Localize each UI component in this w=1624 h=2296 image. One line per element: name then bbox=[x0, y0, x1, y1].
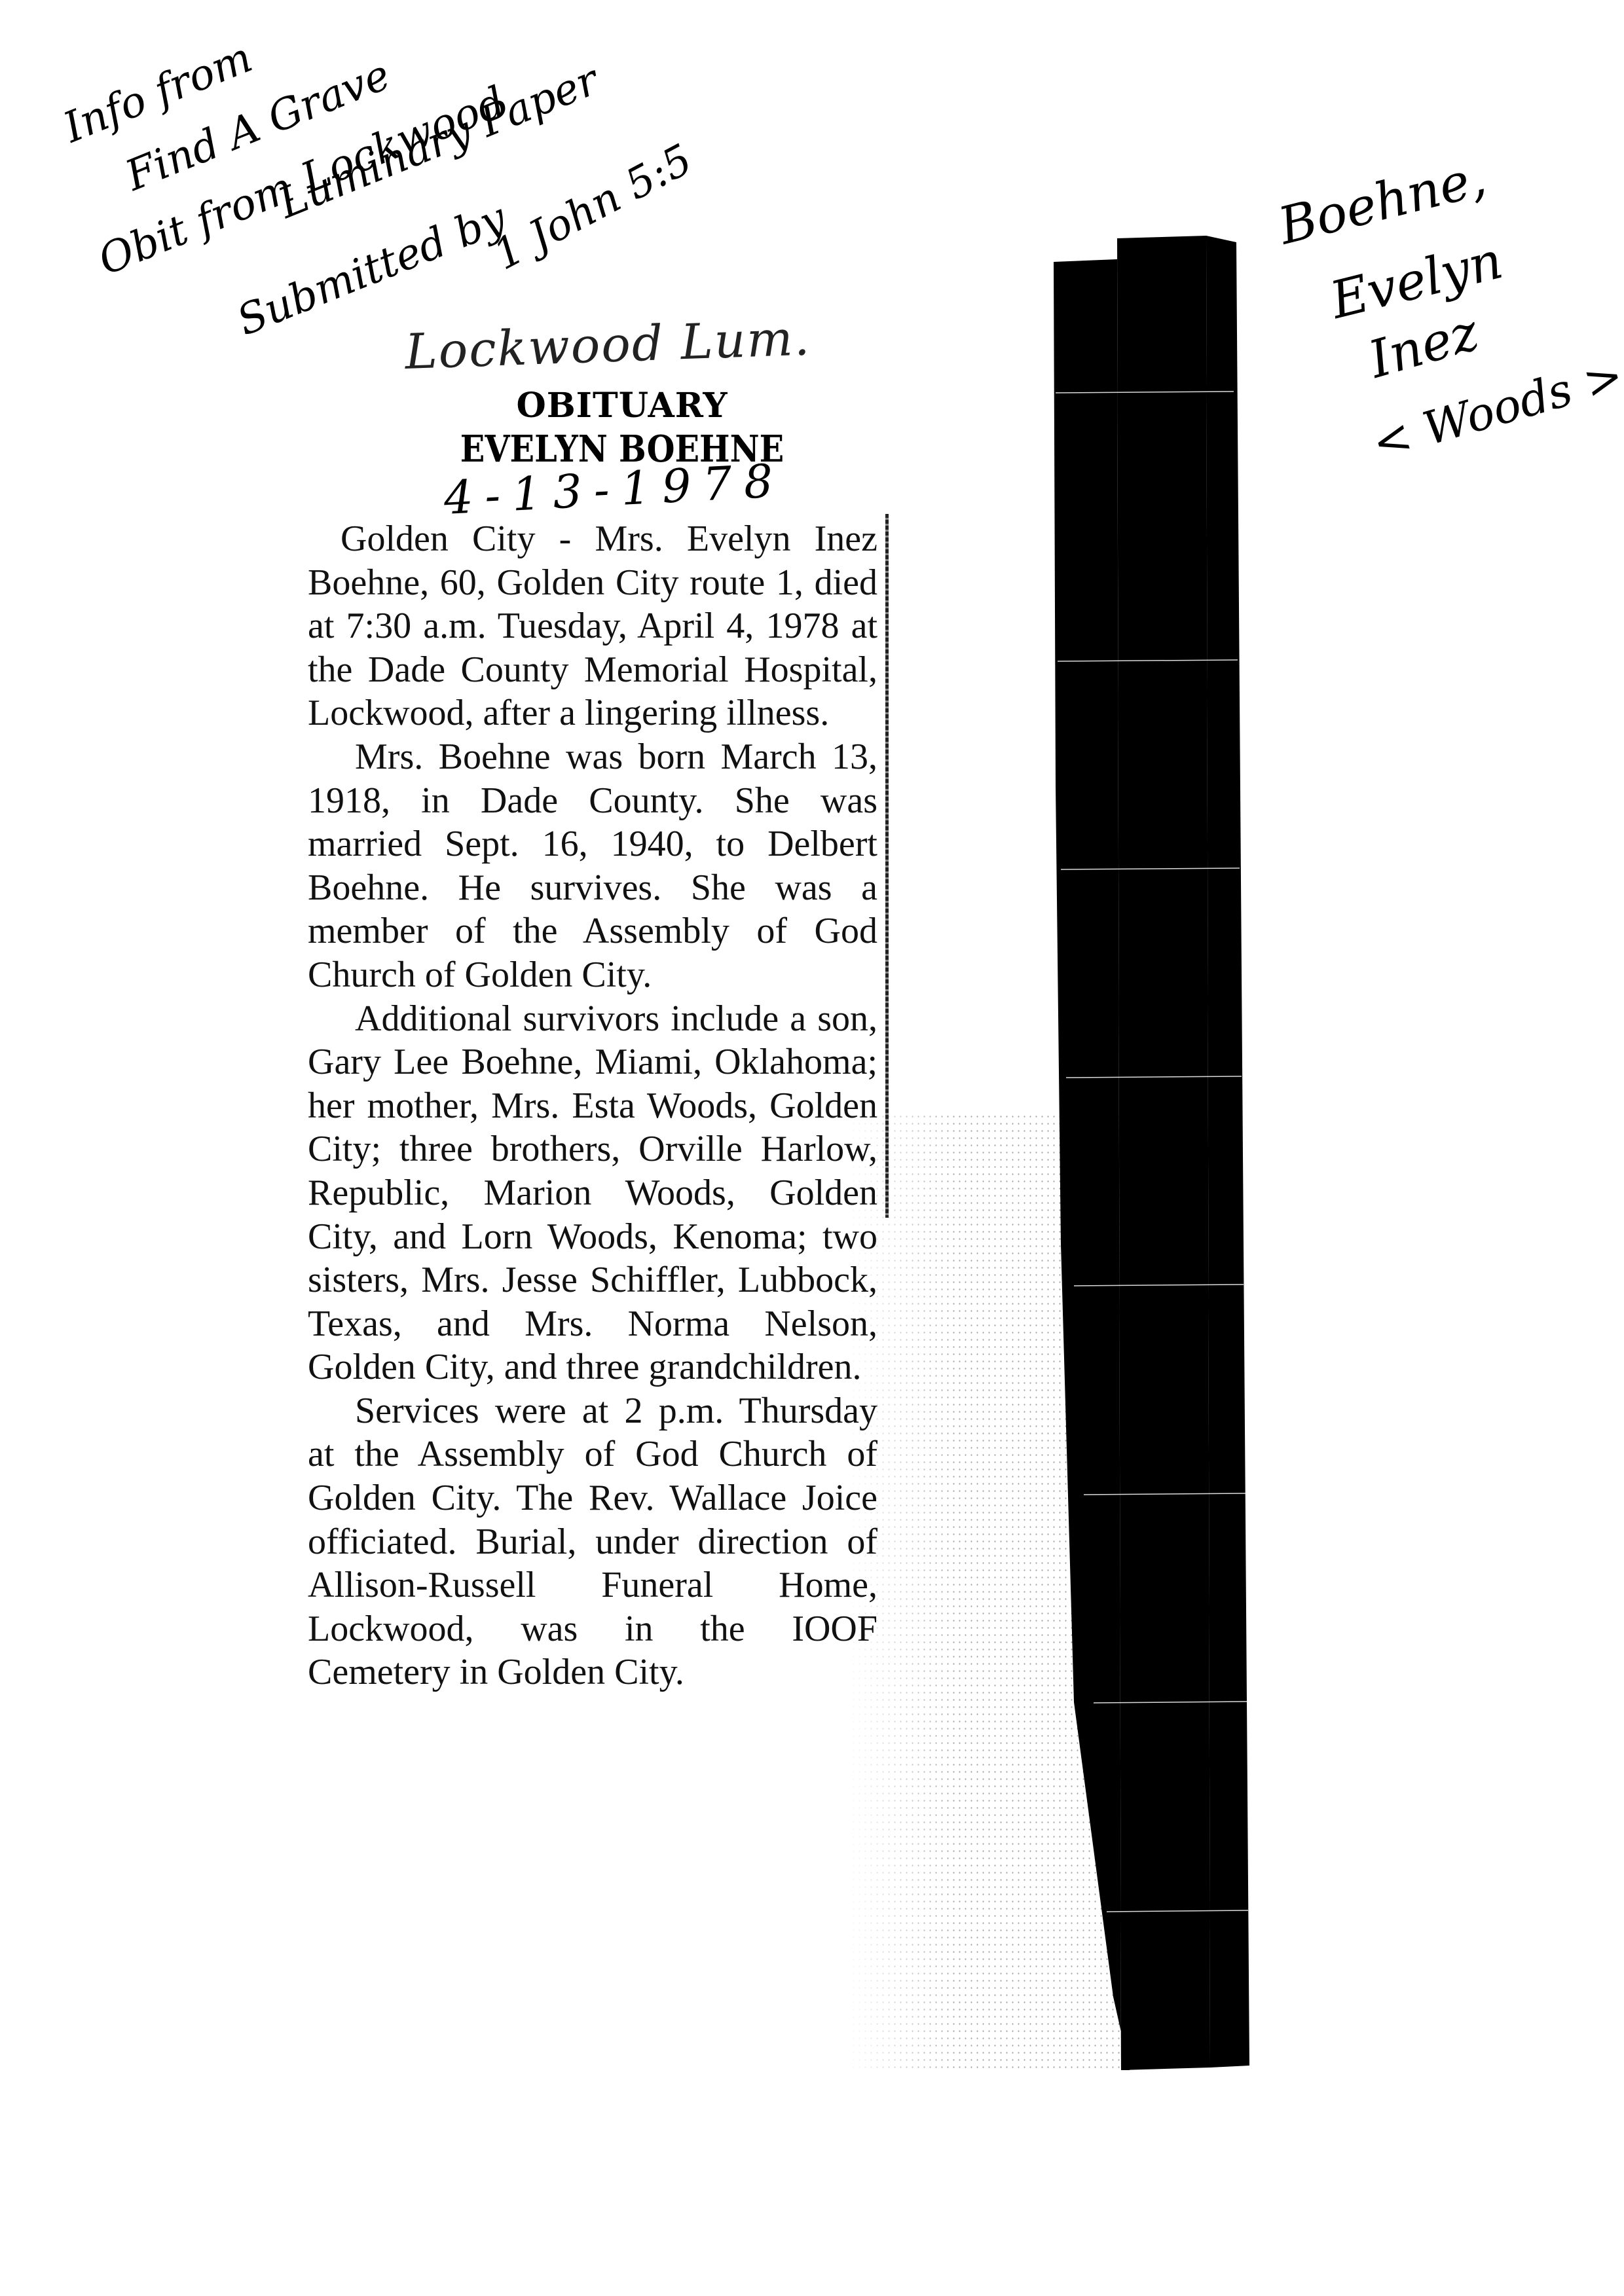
scanned-page: Info from Find A Grave Obit from Lockwoo… bbox=[0, 0, 1624, 2296]
scanner-edge-strip bbox=[0, 0, 1624, 2296]
